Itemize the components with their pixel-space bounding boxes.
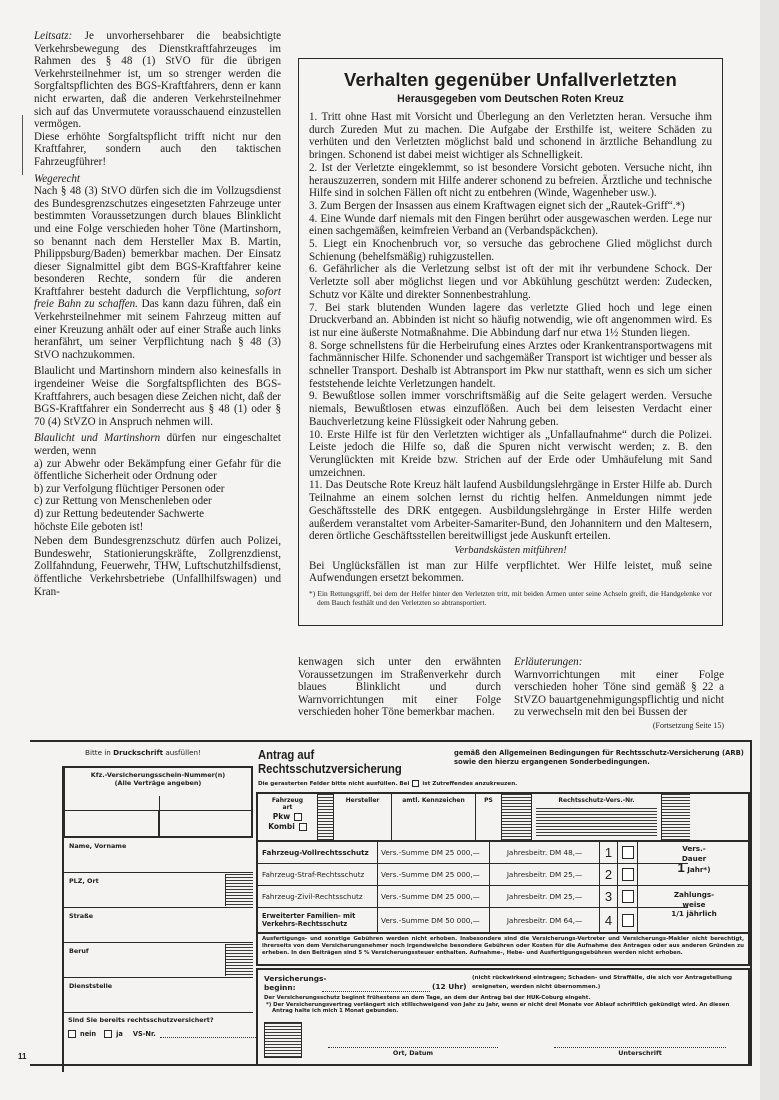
application-title: Antrag aufRechtsschutzversicherung [258,748,402,776]
start-fine-print: Der Versicherungsschutz beginnt früheste… [264,995,748,1015]
fill-instructions: Die gerasterten Felder bitte nicht ausfü… [258,780,517,787]
conditions-intro: Blaulicht und Martinshorn dürfen nur ein… [34,432,281,457]
manufacturer-label: Hersteller [346,797,380,804]
coverage-name: Fahrzeug-Zivil-Rechtsschutz [258,886,378,907]
signature-label: Unterschrift [618,1049,662,1057]
pkw-checkbox[interactable] [294,813,302,821]
application-section: Antrag aufRechtsschutzversicherung gemäß… [256,742,750,1064]
hp-input[interactable] [479,822,498,836]
coverage-fee: Jahresbeitr. DM 64,— [490,908,600,932]
application-conditions: gemäß den Allgemeinen Bedingungen für Re… [454,749,744,767]
vehicle-table: Fahrzeugart Pkw Kombi Hersteller amtl. K… [256,792,750,842]
start-label-1: Versicherungs- [264,974,326,983]
ja-label: ja [116,1030,123,1038]
blaulicht-paragraph: Blaulicht und Martinshorn mindern also k… [34,365,281,428]
coverage-checkbox[interactable] [622,890,634,903]
kombi-checkbox[interactable] [299,823,307,831]
vehicle-type-label-2: art [283,804,293,811]
hint-pre: Bitte in [85,748,113,757]
place-date-input[interactable] [328,1040,498,1048]
pkw-label: Pkw [273,812,290,821]
vs-nr-input[interactable] [160,1030,256,1038]
coverage-checkbox-cell[interactable] [618,842,638,863]
nein-label: nein [80,1030,96,1038]
nein-checkbox[interactable] [68,1030,76,1038]
first-aid-kit-note: Verbandskästen mitführen! [309,545,712,558]
first-aid-item: 3. Zum Bergen der Insassen aus einem Kra… [309,200,712,213]
coverage-sum: Vers.-Summe DM 25 000,— [378,864,490,885]
coverage-name: Erweiterter Familien- mit Verkehrs-Recht… [258,908,378,932]
hp-cell[interactable]: PS [476,794,502,840]
hatched-field [502,794,532,840]
manufacturer-cell[interactable]: Hersteller [334,794,392,840]
print-hint: Bitte in Druckschrift ausfüllen! [30,748,256,757]
coverage-row: Fahrzeug-Zivil-Rechtsschutz Vers.-Summe … [258,886,688,908]
condition-item: a) zur Abwehr oder Bekämpfung einer Gefa… [34,458,281,483]
coverage-number: 4 [600,908,618,932]
pkw-option[interactable]: Pkw [258,812,317,821]
coverage-checkbox-cell[interactable] [618,886,638,907]
hatched-field [662,794,690,840]
coverage-checkbox[interactable] [622,846,634,859]
place-date-label: Ort, Datum [393,1049,433,1057]
coverage-fee: Jahresbeitr. DM 48,— [490,842,600,863]
first-aid-box: Verhalten gegenüber Unfallverletzten Her… [298,58,723,626]
condition-item: d) zur Rettung bedeutender Sachwerte [34,508,281,521]
license-plate-cell[interactable]: amtl. Kennzeichen [392,794,476,840]
first-aid-item: 9. Bewußtlose sollen immer vorschriftsmä… [309,390,712,428]
first-aid-item: 2. Ist der Verletzte eingeklemmt, so ist… [309,162,712,200]
start-time: (12 Uhr) [432,982,467,991]
first-aid-item: 7. Bei stark blutenden Wunden lagere das… [309,302,712,340]
condition-item: c) zur Rettung von Menschenleben oder [34,495,281,508]
wegerecht-paragraph: Nach § 48 (3) StVO dürfen sich die im Vo… [34,185,281,361]
hatched-field [318,794,334,840]
leitsatz-label: Leitsatz: [34,30,72,42]
applicant-frame-line [62,766,252,1072]
application-title-line2: Rechtsschutzversicherung [258,762,402,776]
rs-policy-number-cell: Rechtsschutz-Vers.-Nr. [532,794,662,840]
insurance-application-form: Bitte in Druckschrift ausfüllen! Kfz.-Ve… [30,740,752,1066]
wegerecht-heading: Wegerecht [34,173,281,186]
box-subtitle: Herausgegeben vom Deutschen Roten Kreuz [309,93,712,105]
conditions-end: höchste Eile geboten ist! [34,521,281,534]
first-aid-item: 4. Eine Wunde darf niemals mit den Finge… [309,213,712,238]
coverage-row: Fahrzeug-Straf-Rechtsschutz Vers.-Summe … [258,864,688,886]
signature-input[interactable] [554,1040,726,1048]
coverage-number: 3 [600,886,618,907]
conditions-intro-emphasis: Blaulicht und Martinshorn [34,432,160,444]
signature-field[interactable]: Unterschrift [554,1040,726,1057]
place-date-field[interactable]: Ort, Datum [328,1040,498,1057]
already-insured-options: nein ja VS-Nr. [68,1030,256,1038]
fee-notice: Ausfertigungs- und sonstige Gebühren wer… [256,932,750,966]
start-fine-print-2: *) Der Versicherungsvertrag verlängert s… [264,1002,748,1015]
duration-unit: Jahr*) [687,865,710,874]
coverage-sum: Vers.-Summe DM 50 000,— [378,908,490,932]
instructions-pre: Die gerasterten Felder bitte nicht ausfü… [258,781,409,787]
page-number: 11 [18,1052,26,1061]
insurance-start-section: Versicherungs-beginn: (12 Uhr) (nicht rü… [256,968,750,1064]
duration-label-1: Vers.- [682,844,706,853]
payment-info: Zahlungs- weise 1/1 jährlich [640,890,748,930]
leitsatz-text: Je unvorhersehbarer die beabsichtigte Ve… [34,30,281,130]
margin-mark [22,115,23,175]
hint-bold: Druckschrift [113,748,163,757]
kombi-label: Kombi [268,822,295,831]
start-label-2: beginn: [264,983,296,992]
coverage-number: 1 [600,842,618,863]
box-title: Verhalten gegenüber Unfallverletzten [309,69,712,91]
first-aid-item: 11. Das Deutsche Rote Kreuz hält laufend… [309,479,712,543]
condition-item: b) zur Verfolgung flüchtiger Personen od… [34,483,281,496]
leitsatz-paragraph: Leitsatz: Je unvorhersehbarer die beabsi… [34,30,281,131]
first-aid-item: 5. Liegt ein Knochenbruch vor, so versuc… [309,238,712,263]
coverage-checkbox-cell[interactable] [618,864,638,885]
vs-nr-label: VS-Nr. [133,1030,156,1038]
manufacturer-input[interactable] [337,822,388,836]
coverage-fee: Jahresbeitr. DM 25,— [490,864,600,885]
hint-post: ausfüllen! [163,748,201,757]
hatched-field [264,1022,302,1058]
start-note: (nicht rückwirkend eintragen; Schaden- u… [472,974,744,992]
magazine-page: Leitsatz: Je unvorhersehbarer die beabsi… [0,0,760,1100]
coverage-fee: Jahresbeitr. DM 25,— [490,886,600,907]
application-title-line1: Antrag auf [258,748,314,762]
erlaeuterungen-heading: Erläuterungen: [514,656,724,669]
already-insured-question: Sind Sie bereits rechtsschutzversichert? [68,1016,214,1024]
hp-label: PS [484,797,493,804]
duration-label-2: Dauer [682,854,706,863]
coverage-checkbox-cell[interactable] [618,908,638,932]
continuation-link[interactable]: (Fortsetzung Seite 15) [514,720,724,733]
first-aid-item: 10. Erste Hilfe ist für den Verletzten w… [309,429,712,480]
first-aid-item: 8. Sorge schnellstens für die Herbeirufu… [309,340,712,391]
left-article-column: Leitsatz: Je unvorhersehbarer die beabsi… [34,30,281,598]
duration-value: 1 [678,860,685,875]
middle-column: kenwagen sich unter den erwähnten Voraus… [298,656,501,719]
coverage-row: Erweiterter Familien- mit Verkehrs-Recht… [258,908,688,932]
payment-label-2: weise [682,900,705,909]
box-footnote: *) Ein Rettungsgriff, bei dem der Helfer… [309,590,712,607]
box-body: 1. Tritt ohne Hast mit Vorsicht und Über… [309,111,712,607]
applicant-section: Bitte in Druckschrift ausfüllen! Kfz.-Ve… [30,742,256,1064]
coverage-row: Fahrzeug-Vollrechtsschutz Vers.-Summe DM… [258,842,688,864]
instructions-post: ist Zutreffendes anzukreuzen. [422,781,517,787]
neben-paragraph: Neben dem Bundesgrenzschutz dürfen auch … [34,535,281,598]
erlaeuterungen-text: Warnvorrichtungen mit einer Folge versch… [514,669,724,719]
coverage-name: Fahrzeug-Straf-Rechtsschutz [258,864,378,885]
coverage-number: 2 [600,864,618,885]
wegerecht-text-a: Nach § 48 (3) StVO dürfen sich die im Vo… [34,185,281,298]
ja-checkbox[interactable] [104,1030,112,1038]
license-plate-label: amtl. Kennzeichen [402,797,465,804]
coverage-name: Fahrzeug-Vollrechtsschutz [258,842,378,863]
vehicle-type-cell: Fahrzeugart Pkw Kombi [258,794,318,840]
payment-value: 1/1 jährlich [671,909,716,918]
first-aid-item: 1. Tritt ohne Hast mit Vorsicht und Über… [309,111,712,162]
page-edge [760,0,779,1100]
payment-label-1: Zahlungs- [674,890,714,899]
kombi-option[interactable]: Kombi [258,822,317,831]
first-aid-item: 6. Gefährlicher als die Verletzung selbs… [309,263,712,301]
start-fine-print-1: Der Versicherungsschutz beginnt früheste… [264,995,748,1002]
vehicle-type-label: Fahrzeugart [258,797,317,811]
sorgfalt-paragraph: Diese erhöhte Sorgfaltspflicht trifft ni… [34,131,281,169]
example-checkbox-icon [412,780,419,787]
license-plate-input[interactable] [395,822,472,836]
rs-policy-number-label: Rechtsschutz-Vers.-Nr. [558,797,634,804]
coverage-checkbox[interactable] [622,868,634,881]
duration-info: Vers.- Dauer 1 Jahr*) [640,844,748,886]
coverage-table: Fahrzeug-Vollrechtsschutz Vers.-Summe DM… [256,842,750,932]
middle-column-text: kenwagen sich unter den erwähnten Voraus… [298,656,501,719]
coverage-sum: Vers.-Summe DM 25 000,— [378,842,490,863]
box-closing: Bei Unglücksfällen ist man zur Hilfe ver… [309,560,712,585]
vehicle-type-label-1: Fahrzeug [272,797,303,804]
hatched-field [536,808,657,836]
coverage-checkbox[interactable] [622,914,634,927]
coverage-sum: Vers.-Summe DM 25 000,— [378,886,490,907]
start-label: Versicherungs-beginn: [264,974,326,992]
start-date-input[interactable] [322,984,430,992]
right-column: Erläuterungen: Warnvorrichtungen mit ein… [514,656,724,733]
